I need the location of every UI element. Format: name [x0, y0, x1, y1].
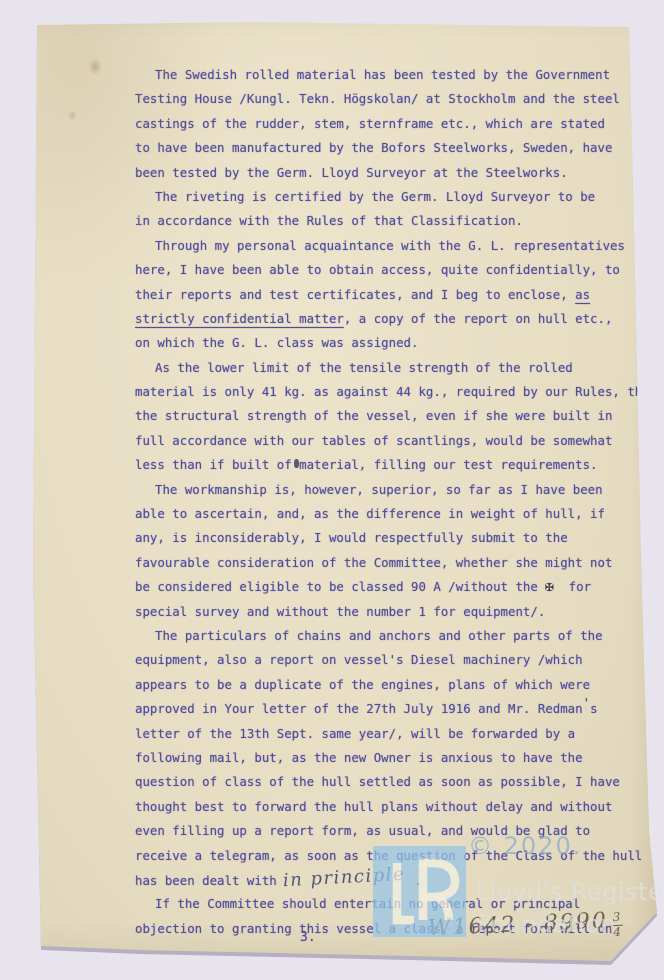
typed-line: in accordance with the Rules of that Cla…	[135, 209, 650, 233]
typed-text: any, is inconsiderably, I would respectf…	[135, 530, 568, 545]
typed-line: thought best to forward the hull plans w…	[135, 795, 650, 819]
typed-text: '	[583, 691, 590, 715]
paper-blemish	[68, 110, 77, 121]
typed-text: to have been manufactured by the Bofors …	[135, 140, 612, 155]
typed-lines: The Swedish rolled material has been tes…	[135, 63, 650, 941]
maltese-cross-icon: ✠	[545, 579, 553, 595]
typed-text: less than if built of material, filling …	[135, 457, 598, 472]
lloyds-register-logo-icon	[373, 846, 466, 937]
watermark-org-name-line2: Foundation	[477, 910, 616, 938]
typed-line: here, I have been able to obtain access,…	[135, 258, 650, 282]
typed-line: less than if built of material, filling …	[135, 453, 650, 477]
page-number: 3.	[300, 930, 316, 945]
typed-line: special survey and without the number 1 …	[135, 600, 650, 624]
typed-line: following mail, but, as the new Owner is…	[135, 746, 650, 770]
typed-text: has been dealt with	[135, 873, 277, 888]
typed-text: material is only 41 kg. as against 44 kg…	[135, 384, 650, 399]
typed-line: Through my personal acquaintance with th…	[135, 234, 650, 258]
typed-line: strictly confidential matter, a copy of …	[135, 307, 650, 331]
typed-text: following mail, but, as the new Owner is…	[135, 750, 583, 765]
typed-line: equipment, also a report on vessel's Die…	[135, 648, 650, 672]
watermark-copyright: © 2020.	[468, 832, 582, 860]
typed-line: approved in Your letter of the 27th July…	[135, 697, 650, 721]
typed-text: equipment, also a report on vessel's Die…	[135, 652, 583, 667]
typed-text: be considered eligible to be classed 90 …	[135, 579, 545, 594]
typed-line: castings of the rudder, stem, sternframe…	[135, 112, 650, 136]
watermark-org-name-line1: Lloyd's Register	[476, 878, 664, 906]
typed-text: special survey and without the number 1 …	[135, 604, 545, 619]
typed-text: their reports and test certificates, and…	[135, 287, 575, 302]
typed-text: in accordance with the Rules of that Cla…	[135, 213, 523, 228]
typed-text: , a copy of the report on hull etc.,	[344, 311, 613, 326]
scanned-photo: The Swedish rolled material has been tes…	[0, 0, 664, 980]
underlined-text: strictly confidential matter	[135, 311, 344, 326]
typed-text: s	[590, 701, 597, 716]
typed-text: The particulars of chains and anchors an…	[155, 628, 603, 643]
typed-line: able to ascertain, and, as the differenc…	[135, 502, 650, 526]
typed-line: Testing House /Kungl. Tekn. Högskolan/ a…	[135, 87, 650, 111]
typed-line: The riveting is certified by the Germ. L…	[135, 185, 650, 209]
typed-text: here, I have been able to obtain access,…	[135, 262, 620, 277]
typed-text: Through my personal acquaintance with th…	[155, 238, 625, 253]
typed-line: the structural strength of the vessel, e…	[135, 404, 650, 428]
typed-text: question of class of the hull settled as…	[135, 774, 620, 789]
typed-line: be considered eligible to be classed 90 …	[135, 575, 650, 599]
typed-text: for	[554, 579, 591, 594]
typed-text: been tested by the Germ. Lloyd Surveyor …	[135, 165, 568, 180]
typed-text: Testing House /Kungl. Tekn. Högskolan/ a…	[135, 91, 620, 106]
typed-line: The workmanship is, however, superior, s…	[135, 478, 650, 502]
typed-text: The riveting is certified by the Germ. L…	[155, 189, 595, 204]
typed-text: full accordance with our tables of scant…	[135, 433, 612, 448]
typed-text: able to ascertain, and, as the differenc…	[135, 506, 605, 521]
typed-line: As the lower limit of the tensile streng…	[135, 356, 650, 380]
typed-line: any, is inconsiderably, I would respectf…	[135, 526, 650, 550]
typed-line: favourable consideration of the Committe…	[135, 551, 650, 575]
typed-line: to have been manufactured by the Bofors …	[135, 136, 650, 160]
typed-text: the structural strength of the vessel, e…	[135, 408, 612, 423]
typed-line: on which the G. L. class was assigned.	[135, 331, 650, 355]
typed-line: material is only 41 kg. as against 44 kg…	[135, 380, 650, 404]
typed-line: question of class of the hull settled as…	[135, 770, 650, 794]
typed-line: appears to be a duplicate of the engines…	[135, 673, 650, 697]
typed-text: As the lower limit of the tensile streng…	[155, 360, 573, 375]
typed-text: castings of the rudder, stem, sternframe…	[135, 116, 605, 131]
typed-line: been tested by the Germ. Lloyd Surveyor …	[135, 161, 650, 185]
typed-text: appears to be a duplicate of the engines…	[135, 677, 590, 692]
typed-text: The workmanship is, however, superior, s…	[155, 482, 603, 497]
underlined-text: as	[575, 287, 590, 302]
typed-text: approved in Your letter of the 27th July…	[135, 701, 583, 716]
typed-line: The particulars of chains and anchors an…	[135, 624, 650, 648]
typed-text: favourable consideration of the Committe…	[135, 555, 612, 570]
typed-line: The Swedish rolled material has been tes…	[135, 63, 650, 87]
typed-text: letter of the 13th Sept. same year/, wil…	[135, 726, 575, 741]
paper-blemish	[88, 58, 102, 75]
lr-logo-letters	[373, 846, 466, 937]
typed-text: thought best to forward the hull plans w…	[135, 799, 612, 814]
typed-text: on which the G. L. class was assigned.	[135, 335, 418, 350]
typed-line: full accordance with our tables of scant…	[135, 429, 650, 453]
typed-line: letter of the 13th Sept. same year/, wil…	[135, 722, 650, 746]
typed-text: The Swedish rolled material has been tes…	[155, 67, 610, 82]
typed-line: their reports and test certificates, and…	[135, 283, 650, 307]
